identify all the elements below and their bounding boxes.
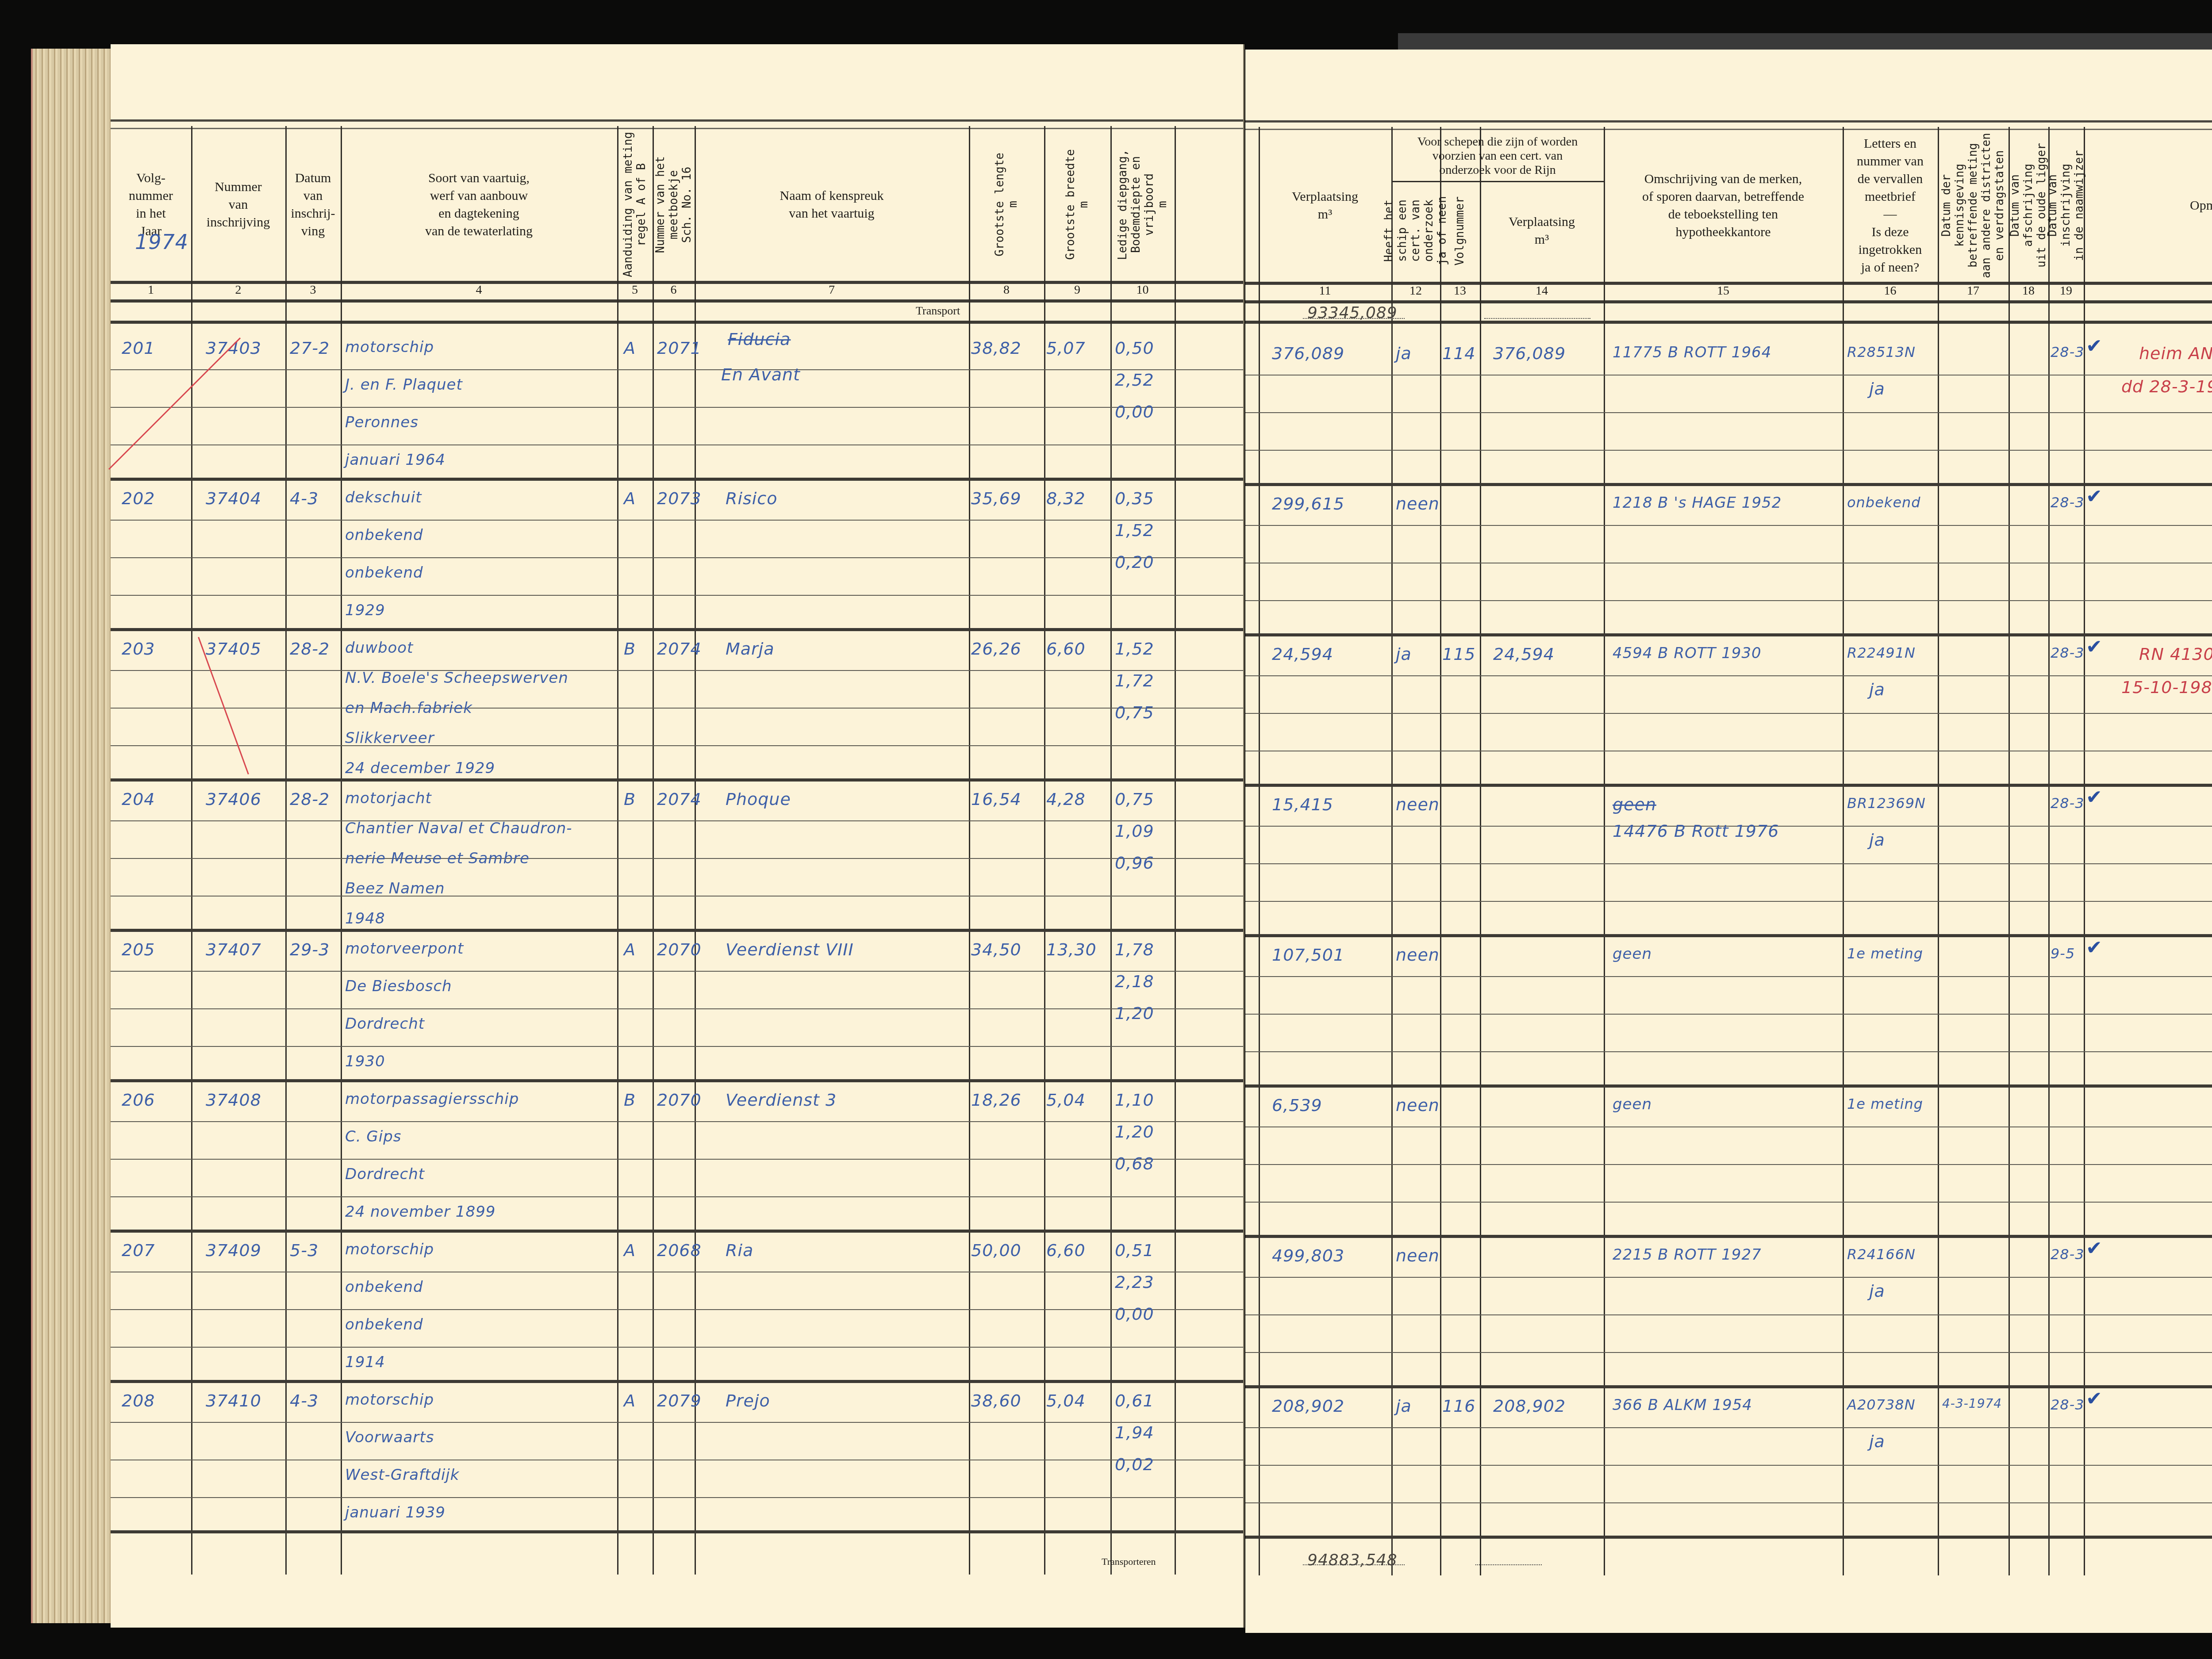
sub-line-rule xyxy=(1245,1352,2212,1353)
entry-diepgang-value: 0,02 xyxy=(1115,1455,1154,1474)
entry-grootste-lengte: 16,54 xyxy=(971,789,1022,809)
entry-vervallen-meetbrief: A20738N xyxy=(1847,1396,1916,1413)
entry-volgnummer: 205 xyxy=(122,940,155,959)
entry-vervallen-meetbrief: BR12369N xyxy=(1847,795,1926,812)
transporteren-total: 94883,548 xyxy=(1307,1551,1398,1569)
column-divider-10 xyxy=(1175,126,1176,1575)
column-divider-2 xyxy=(1391,127,1393,1575)
entry-ingetrokken: ja xyxy=(1869,1281,1885,1301)
entry-inschrijving-number: 37406 xyxy=(206,789,261,809)
column-divider-9 xyxy=(2048,127,2050,1575)
sub-line-rule xyxy=(1245,450,2212,451)
entry-cert-ja-neen: neen xyxy=(1396,945,1440,965)
entry-meting-rule: A xyxy=(624,1241,636,1260)
entry-naamwijzer-datum: 28-3 xyxy=(2051,1246,2085,1263)
column-number-8: 8 xyxy=(969,283,1044,297)
entry-soort-line: motorschip xyxy=(345,1391,434,1409)
column-header-12: Heeft het schip een cert. van onderzoek … xyxy=(1391,182,1440,280)
entry-inschrijving-number: 37405 xyxy=(206,639,261,659)
entry-separator-rule xyxy=(1245,934,2212,937)
column-number-14: 14 xyxy=(1480,284,1604,298)
sub-line-rule xyxy=(111,708,1243,709)
entry-grootste-lengte: 50,00 xyxy=(971,1241,1022,1260)
year-label: 1974 xyxy=(135,230,188,254)
entry-ingetrokken: ja xyxy=(1869,680,1885,699)
column-header-9: Grootste breedte m xyxy=(1044,130,1110,279)
entry-grootste-lengte: 35,69 xyxy=(971,489,1022,508)
entry-soort-line: en Mach.fabriek xyxy=(345,699,472,717)
entry-vervallen-meetbrief: R22491N xyxy=(1847,644,1916,661)
entry-soort-line: 1914 xyxy=(345,1353,385,1371)
sub-line-rule xyxy=(111,1008,1243,1009)
column-divider-7 xyxy=(1938,127,1939,1575)
entry-naamwijzer-datum: 9-5 xyxy=(2051,945,2075,962)
entry-datum: 4-3 xyxy=(290,489,319,508)
entry-inschrijving-number: 37408 xyxy=(206,1090,261,1110)
entry-soort-line: Dordrecht xyxy=(345,1165,425,1183)
entry-volgnummer: 201 xyxy=(122,338,155,358)
column-number-2: 2 xyxy=(191,283,285,297)
entry-verplaatsing: 24,594 xyxy=(1272,644,1333,664)
sub-line-rule xyxy=(111,557,1243,558)
entry-volgnummer: 206 xyxy=(122,1090,155,1110)
entry-vervallen-meetbrief: 1e meting xyxy=(1847,1096,1923,1112)
column-header-9-label: Grootste breedte m xyxy=(1064,149,1091,260)
column-divider-8 xyxy=(2008,127,2010,1575)
column-group-header-rijn-cert: Voor schepen die zijn of worden voorzien… xyxy=(1391,131,1604,182)
column-header-16: Letters en nummer van de vervallen meetb… xyxy=(1843,131,1938,280)
entry-grootste-lengte: 26,26 xyxy=(971,639,1022,659)
column-header-2: Nummer van inschrijving xyxy=(191,130,285,279)
entry-cert-verplaatsing: 376,089 xyxy=(1493,344,1566,363)
entry-inschrijving-number: 37409 xyxy=(206,1241,261,1260)
column-header-7: Naam of kenspreuk van het vaartuig xyxy=(695,130,969,279)
entry-cert-ja-neen: ja xyxy=(1396,344,1412,363)
entry-separator-rule xyxy=(1245,1235,2212,1238)
entry-grootste-breedte: 5,04 xyxy=(1046,1391,1086,1410)
entry-diepgang-value: 0,68 xyxy=(1115,1154,1154,1173)
entry-soort-line: Chantier Naval et Chaudron- xyxy=(345,820,572,837)
column-divider-1 xyxy=(1259,127,1260,1575)
sub-line-rule xyxy=(1245,863,2212,864)
entry-merken: geen xyxy=(1613,945,1652,963)
check-mark-icon: ✔ xyxy=(2086,485,2102,508)
column-divider-3 xyxy=(1440,127,1441,1575)
entry-meting-rule: B xyxy=(624,1090,636,1110)
entry-diepgang-value: 1,20 xyxy=(1115,1122,1154,1142)
column-number-10: 10 xyxy=(1110,283,1175,297)
column-header-11: Verplaatsing m³ xyxy=(1259,131,1391,280)
sub-line-rule xyxy=(1245,1051,2212,1052)
entry-cert-ja-neen: neen xyxy=(1396,1246,1440,1265)
entry-datum: 5-3 xyxy=(290,1241,319,1260)
entry-cert-verplaatsing: 208,902 xyxy=(1493,1396,1566,1416)
entry-cert-volgnummer: 116 xyxy=(1442,1396,1476,1416)
entry-separator-rule xyxy=(111,1079,1243,1082)
entry-cert-ja-neen: ja xyxy=(1396,1396,1412,1416)
column-divider-8 xyxy=(1044,126,1045,1575)
entry-meting-rule: B xyxy=(624,639,636,659)
entry-soort-line: dekschuit xyxy=(345,489,422,506)
entry-volgnummer: 204 xyxy=(122,789,155,809)
sub-line-rule xyxy=(1245,1314,2212,1315)
column-header-10-label: Ledige diepgang, Bodemdiepte en vrijboor… xyxy=(1116,130,1169,279)
entry-diepgang-value: 1,20 xyxy=(1115,1004,1154,1023)
sub-line-rule xyxy=(1245,1465,2212,1466)
entry-kennisgeving-datum: 4-3-1974 xyxy=(1942,1396,2002,1411)
entry-naam: Prejo xyxy=(726,1391,770,1410)
entry-cert-ja-neen: ja xyxy=(1396,644,1412,664)
column-header-17-label: Datum der kennisgeving betreffende metin… xyxy=(1940,131,2006,280)
entry-merken: 14476 B Rott 1976 xyxy=(1613,821,1779,841)
entry-naamwijzer-datum: 28-3 xyxy=(2051,344,2085,360)
entry-datum: 28-2 xyxy=(290,639,330,659)
column-header-18-label: Datum van afschrijving uit de oude ligge… xyxy=(2008,131,2048,280)
column-header-6-label: Nummer van het meetboekje Sch. No. 16 xyxy=(654,156,694,253)
entry-merken: 11775 B ROTT 1964 xyxy=(1613,344,1771,361)
colnum-bottom-rule xyxy=(111,299,1243,303)
entry-soort-line: duwboot xyxy=(345,639,413,657)
column-header-4-label: Soort van vaartuig, werf van aanbouw en … xyxy=(425,169,533,240)
entry-naamwijzer-datum: 28-3 xyxy=(2051,1396,2085,1413)
transporteren-dots-col14 xyxy=(1475,1564,1542,1565)
column-number-15: 15 xyxy=(1604,284,1843,298)
entry-grootste-lengte: 18,26 xyxy=(971,1090,1022,1110)
column-number-17: 17 xyxy=(1938,284,2008,298)
entry-grootste-breedte: 5,07 xyxy=(1046,338,1086,358)
sub-line-rule xyxy=(111,1196,1243,1197)
entry-separator-rule xyxy=(1245,633,2212,636)
entry-diepgang-value: 1,52 xyxy=(1115,639,1154,659)
book-page-edges-left xyxy=(31,49,117,1623)
entry-volgnummer: 208 xyxy=(122,1391,155,1410)
entry-merken: geen xyxy=(1613,1096,1652,1113)
check-mark-icon: ✔ xyxy=(2086,636,2102,658)
entry-ingetrokken: ja xyxy=(1869,379,1885,398)
sub-line-rule xyxy=(111,1347,1243,1348)
entry-inschrijving-number: 37410 xyxy=(206,1391,261,1410)
entry-naamwijzer-datum: 28-3 xyxy=(2051,494,2085,511)
column-header-5: Aanduiding van meting regel A of B xyxy=(617,130,653,279)
column-header-14: Verplaatsing m³ xyxy=(1480,182,1604,280)
column-header-17: Datum der kennisgeving betreffende metin… xyxy=(1938,131,2008,280)
entry-merken: 4594 B ROTT 1930 xyxy=(1613,644,1762,662)
entry-inschrijving-number: 37407 xyxy=(206,940,261,959)
sub-line-rule xyxy=(111,858,1243,859)
check-mark-icon: ✔ xyxy=(2086,786,2102,808)
entry-diepgang-value: 2,18 xyxy=(1115,972,1154,991)
entry-grootste-lengte: 38,82 xyxy=(971,338,1022,358)
column-header-19-label: Datum van inschrijving in de naamwijzer xyxy=(2046,131,2086,280)
check-mark-icon: ✔ xyxy=(2086,936,2102,959)
entry-meting-rule: A xyxy=(624,338,636,358)
entry-diepgang-value: 0,35 xyxy=(1115,489,1154,508)
entry-verplaatsing: 376,089 xyxy=(1272,344,1344,363)
column-divider-7 xyxy=(969,126,970,1575)
entry-soort-line: onbekend xyxy=(345,526,423,544)
entry-meetboekje-number: 2073 xyxy=(657,489,702,508)
column-header-8-label: Grootste lengte m xyxy=(993,153,1020,257)
entry-soort-line: 1948 xyxy=(345,910,385,927)
table-bottom-rule xyxy=(111,1530,1243,1533)
column-divider-4 xyxy=(1480,127,1481,1575)
entry-diepgang-value: 0,50 xyxy=(1115,338,1154,358)
sub-line-rule xyxy=(111,407,1243,408)
column-header-14-label: Verplaatsing m³ xyxy=(1509,213,1575,249)
entry-diepgang-value: 0,96 xyxy=(1115,853,1154,873)
entry-verplaatsing: 107,501 xyxy=(1272,945,1344,965)
transport-total-dots xyxy=(1303,318,1405,319)
entry-diepgang-value: 0,61 xyxy=(1115,1391,1154,1410)
sub-line-rule xyxy=(111,520,1243,521)
entry-separator-rule xyxy=(1245,483,2212,486)
entry-naam-crossed-out: Fiducia xyxy=(728,330,791,349)
entry-grootste-breedte: 4,28 xyxy=(1046,789,1086,809)
entry-grootste-lengte: 34,50 xyxy=(971,940,1022,959)
sub-line-rule xyxy=(111,369,1243,370)
entry-separator-rule xyxy=(111,478,1243,481)
column-number-18: 18 xyxy=(2008,284,2048,298)
column-header-15-label: Omschrijving van de merken, of sporen da… xyxy=(1642,170,1804,241)
entry-soort-line: januari 1964 xyxy=(345,451,445,469)
entry-separator-rule xyxy=(111,778,1243,782)
entry-meting-rule: A xyxy=(624,940,636,959)
sub-line-rule xyxy=(111,1159,1243,1160)
column-header-11-label: Verplaatsing m³ xyxy=(1292,188,1358,223)
entry-separator-rule xyxy=(111,929,1243,932)
entry-grootste-breedte: 6,60 xyxy=(1046,639,1086,659)
column-number-7: 7 xyxy=(695,283,969,297)
table-bottom-rule xyxy=(1245,1536,2212,1539)
sub-line-rule xyxy=(1245,412,2212,413)
entry-soort-line: 1930 xyxy=(345,1053,385,1070)
entry-ingetrokken: ja xyxy=(1869,1432,1885,1451)
entry-separator-rule xyxy=(111,1380,1243,1383)
entry-soort-line: J. en F. Plaquet xyxy=(345,376,463,394)
entry-meetboekje-number: 2079 xyxy=(657,1391,702,1410)
column-header-6: Nummer van het meetboekje Sch. No. 16 xyxy=(653,130,695,279)
entry-diepgang-value: 0,75 xyxy=(1115,703,1154,722)
sub-line-rule xyxy=(1245,563,2212,563)
sub-line-rule xyxy=(111,820,1243,821)
column-divider-2 xyxy=(285,126,287,1575)
entry-naamwijzer-datum: 28-3 xyxy=(2051,795,2085,812)
transport-bottom-rule xyxy=(111,321,1243,324)
entry-soort-line: West-Graftdijk xyxy=(345,1466,459,1484)
column-header-2-label: Nummer van inschrijving xyxy=(207,178,270,231)
entry-grootste-breedte: 13,30 xyxy=(1046,940,1097,959)
entry-vervallen-meetbrief: onbekend xyxy=(1847,494,1921,511)
column-number-1: 1 xyxy=(111,283,191,297)
entry-verplaatsing: 299,615 xyxy=(1272,494,1344,513)
sub-line-rule xyxy=(1245,1014,2212,1015)
ledger-left-page: Volg- nummer in het Jaar1Nummer van insc… xyxy=(111,44,1244,1628)
sub-line-rule xyxy=(111,670,1243,671)
column-number-3: 3 xyxy=(285,283,341,297)
column-header-13-label: Volgnummer xyxy=(1453,196,1467,266)
entry-vervallen-meetbrief: R24166N xyxy=(1847,1246,1916,1263)
sub-line-rule xyxy=(111,1497,1243,1498)
sub-line-rule xyxy=(1245,375,2212,375)
column-header-3-label: Datum van inschrij- ving xyxy=(291,169,335,240)
sub-line-rule xyxy=(111,896,1243,897)
entry-separator-rule xyxy=(111,1230,1243,1233)
entry-meetboekje-number: 2070 xyxy=(657,1090,702,1110)
entry-meetboekje-number: 2074 xyxy=(657,789,702,809)
sub-line-rule xyxy=(111,971,1243,972)
entry-volgnummer: 202 xyxy=(122,489,155,508)
column-divider-5 xyxy=(1604,127,1605,1575)
entry-merken: 1218 B 's HAGE 1952 xyxy=(1613,494,1782,512)
entry-naam: Veerdienst VIII xyxy=(726,940,854,959)
entry-soort-line: nerie Meuse et Sambre xyxy=(345,850,530,867)
entry-volgnummer: 203 xyxy=(122,639,155,659)
entry-cert-verplaatsing: 24,594 xyxy=(1493,644,1555,664)
entry-opmerking: 15-10-1984 xyxy=(2121,678,2212,697)
entry-verplaatsing: 208,902 xyxy=(1272,1396,1344,1416)
entry-cert-ja-neen: neen xyxy=(1396,795,1440,814)
column-number-19: 19 xyxy=(2048,284,2084,298)
check-mark-icon: ✔ xyxy=(2086,1387,2102,1410)
sub-line-rule xyxy=(111,1046,1243,1047)
entry-soort-line: 1929 xyxy=(345,602,385,619)
entry-soort-line: Voorwaarts xyxy=(345,1429,434,1446)
column-header-15: Omschrijving van de merken, of sporen da… xyxy=(1604,131,1843,280)
check-mark-icon: ✔ xyxy=(2086,335,2102,357)
entry-opmerking: RN 4130 xyxy=(2139,644,2212,664)
sub-line-rule xyxy=(111,595,1243,596)
transport-label: Transport xyxy=(916,304,960,318)
entry-naam: Marja xyxy=(726,639,775,659)
entry-diepgang-value: 2,23 xyxy=(1115,1272,1154,1292)
entry-soort-line: motorschip xyxy=(345,1241,434,1258)
entry-soort-line: motorschip xyxy=(345,338,434,356)
column-number-4: 4 xyxy=(341,283,617,297)
entry-meetboekje-number: 2068 xyxy=(657,1241,702,1260)
column-number-11: 11 xyxy=(1259,284,1391,298)
sub-line-rule xyxy=(1245,751,2212,751)
entry-inschrijving-number: 37403 xyxy=(206,338,261,358)
column-divider-9 xyxy=(1110,126,1112,1575)
column-number-20: 20 xyxy=(2084,284,2212,298)
entry-soort-line: Beez Namen xyxy=(345,880,445,897)
entry-diepgang-value: 0,75 xyxy=(1115,789,1154,809)
sub-line-rule xyxy=(1245,1126,2212,1127)
transporteren-label: Transporteren xyxy=(1102,1556,1156,1567)
entry-diepgang-value: 1,78 xyxy=(1115,940,1154,959)
column-header-20: Opmerkingen xyxy=(2084,131,2212,280)
entry-diepgang-value: 0,51 xyxy=(1115,1241,1154,1260)
column-header-10: Ledige diepgang, Bodemdiepte en vrijboor… xyxy=(1110,130,1175,279)
entry-diepgang-value: 1,72 xyxy=(1115,671,1154,690)
sub-line-rule xyxy=(1245,1277,2212,1278)
column-header-3: Datum van inschrij- ving xyxy=(285,130,341,279)
sub-line-rule xyxy=(1245,600,2212,601)
column-divider-5 xyxy=(653,126,654,1575)
entry-meting-rule: B xyxy=(624,789,636,809)
entry-merken: 366 B ALKM 1954 xyxy=(1613,1396,1752,1414)
entry-datum: 4-3 xyxy=(290,1391,319,1410)
sub-line-rule xyxy=(1245,713,2212,714)
entry-soort-line: N.V. Boele's Scheepswerven xyxy=(345,669,568,687)
entry-meetboekje-number: 2071 xyxy=(657,338,702,358)
header-top-rule xyxy=(1245,120,2212,130)
entry-meetboekje-number: 2074 xyxy=(657,639,702,659)
entry-soort-line: motorjacht xyxy=(345,789,432,807)
sub-line-rule xyxy=(111,1272,1243,1272)
entry-naam: En Avant xyxy=(721,365,800,384)
entry-vervallen-meetbrief: 1e meting xyxy=(1847,945,1923,962)
entry-grootste-breedte: 8,32 xyxy=(1046,489,1086,508)
entry-naam: Veerdienst 3 xyxy=(726,1090,837,1110)
entry-meetboekje-number: 2070 xyxy=(657,940,702,959)
sub-line-rule xyxy=(111,1121,1243,1122)
entry-opmerking: dd 28-3-1984 xyxy=(2121,377,2212,396)
entry-separator-rule xyxy=(111,628,1243,631)
sub-line-rule xyxy=(111,1460,1243,1460)
entry-naam: Risico xyxy=(726,489,777,508)
entry-diepgang-value: 0,20 xyxy=(1115,552,1154,572)
entry-diepgang-value: 0,00 xyxy=(1115,1304,1154,1324)
column-header-16-label: Letters en nummer van de vervallen meetb… xyxy=(1857,135,1924,276)
entry-grootste-lengte: 38,60 xyxy=(971,1391,1022,1410)
entry-soort-line: De Biesbosch xyxy=(345,977,452,995)
entry-volgnummer: 207 xyxy=(122,1241,155,1260)
column-divider-1 xyxy=(191,126,192,1575)
header-top-rule xyxy=(111,119,1243,129)
sub-line-rule xyxy=(111,745,1243,746)
entry-cert-volgnummer: 114 xyxy=(1442,344,1476,363)
sub-line-rule xyxy=(111,1309,1243,1310)
entry-soort-line: Dordrecht xyxy=(345,1015,425,1033)
transport-dots-col14 xyxy=(1484,318,1590,319)
colnum-bottom-rule xyxy=(1245,300,2212,303)
sub-line-rule xyxy=(1245,1202,2212,1203)
entry-naam: Ria xyxy=(726,1241,753,1260)
entry-grootste-breedte: 5,04 xyxy=(1046,1090,1086,1110)
entry-separator-rule xyxy=(1245,784,2212,787)
entry-diepgang-value: 1,94 xyxy=(1115,1423,1154,1442)
column-divider-6 xyxy=(1843,127,1844,1575)
column-header-5-label: Aanduiding van meting regel A of B xyxy=(622,132,648,277)
entry-soort-line: C. Gips xyxy=(345,1128,401,1146)
entry-naam: Phoque xyxy=(726,789,791,809)
sub-line-rule xyxy=(1245,1427,2212,1428)
entry-meting-rule: A xyxy=(624,489,636,508)
column-header-1-label: Volg- nummer in het Jaar xyxy=(129,169,173,240)
entry-cert-volgnummer: 115 xyxy=(1442,644,1476,664)
entry-grootste-breedte: 6,60 xyxy=(1046,1241,1086,1260)
entry-diepgang-value: 0,00 xyxy=(1115,402,1154,421)
column-header-4: Soort van vaartuig, werf van aanbouw en … xyxy=(341,130,617,279)
entry-soort-line: Peronnes xyxy=(345,414,419,431)
entry-soort-line: januari 1939 xyxy=(345,1504,445,1521)
entry-diepgang-value: 1,10 xyxy=(1115,1090,1154,1110)
entry-diepgang-value: 1,52 xyxy=(1115,521,1154,540)
entry-verplaatsing: 15,415 xyxy=(1272,795,1333,814)
entry-meting-rule: A xyxy=(624,1391,636,1410)
entry-diepgang-value: 1,09 xyxy=(1115,821,1154,841)
entry-verplaatsing: 499,803 xyxy=(1272,1246,1344,1265)
sub-line-rule xyxy=(1245,976,2212,977)
column-divider-3 xyxy=(341,126,342,1575)
column-number-12: 12 xyxy=(1391,284,1440,298)
column-header-1: Volg- nummer in het Jaar xyxy=(111,130,191,279)
entry-soort-line: onbekend xyxy=(345,564,423,582)
entry-soort-line: onbekend xyxy=(345,1316,423,1333)
entry-verplaatsing: 6,539 xyxy=(1272,1096,1322,1115)
ledger-right-page: Verplaatsing m³11Heeft het schip een cer… xyxy=(1245,50,2212,1633)
